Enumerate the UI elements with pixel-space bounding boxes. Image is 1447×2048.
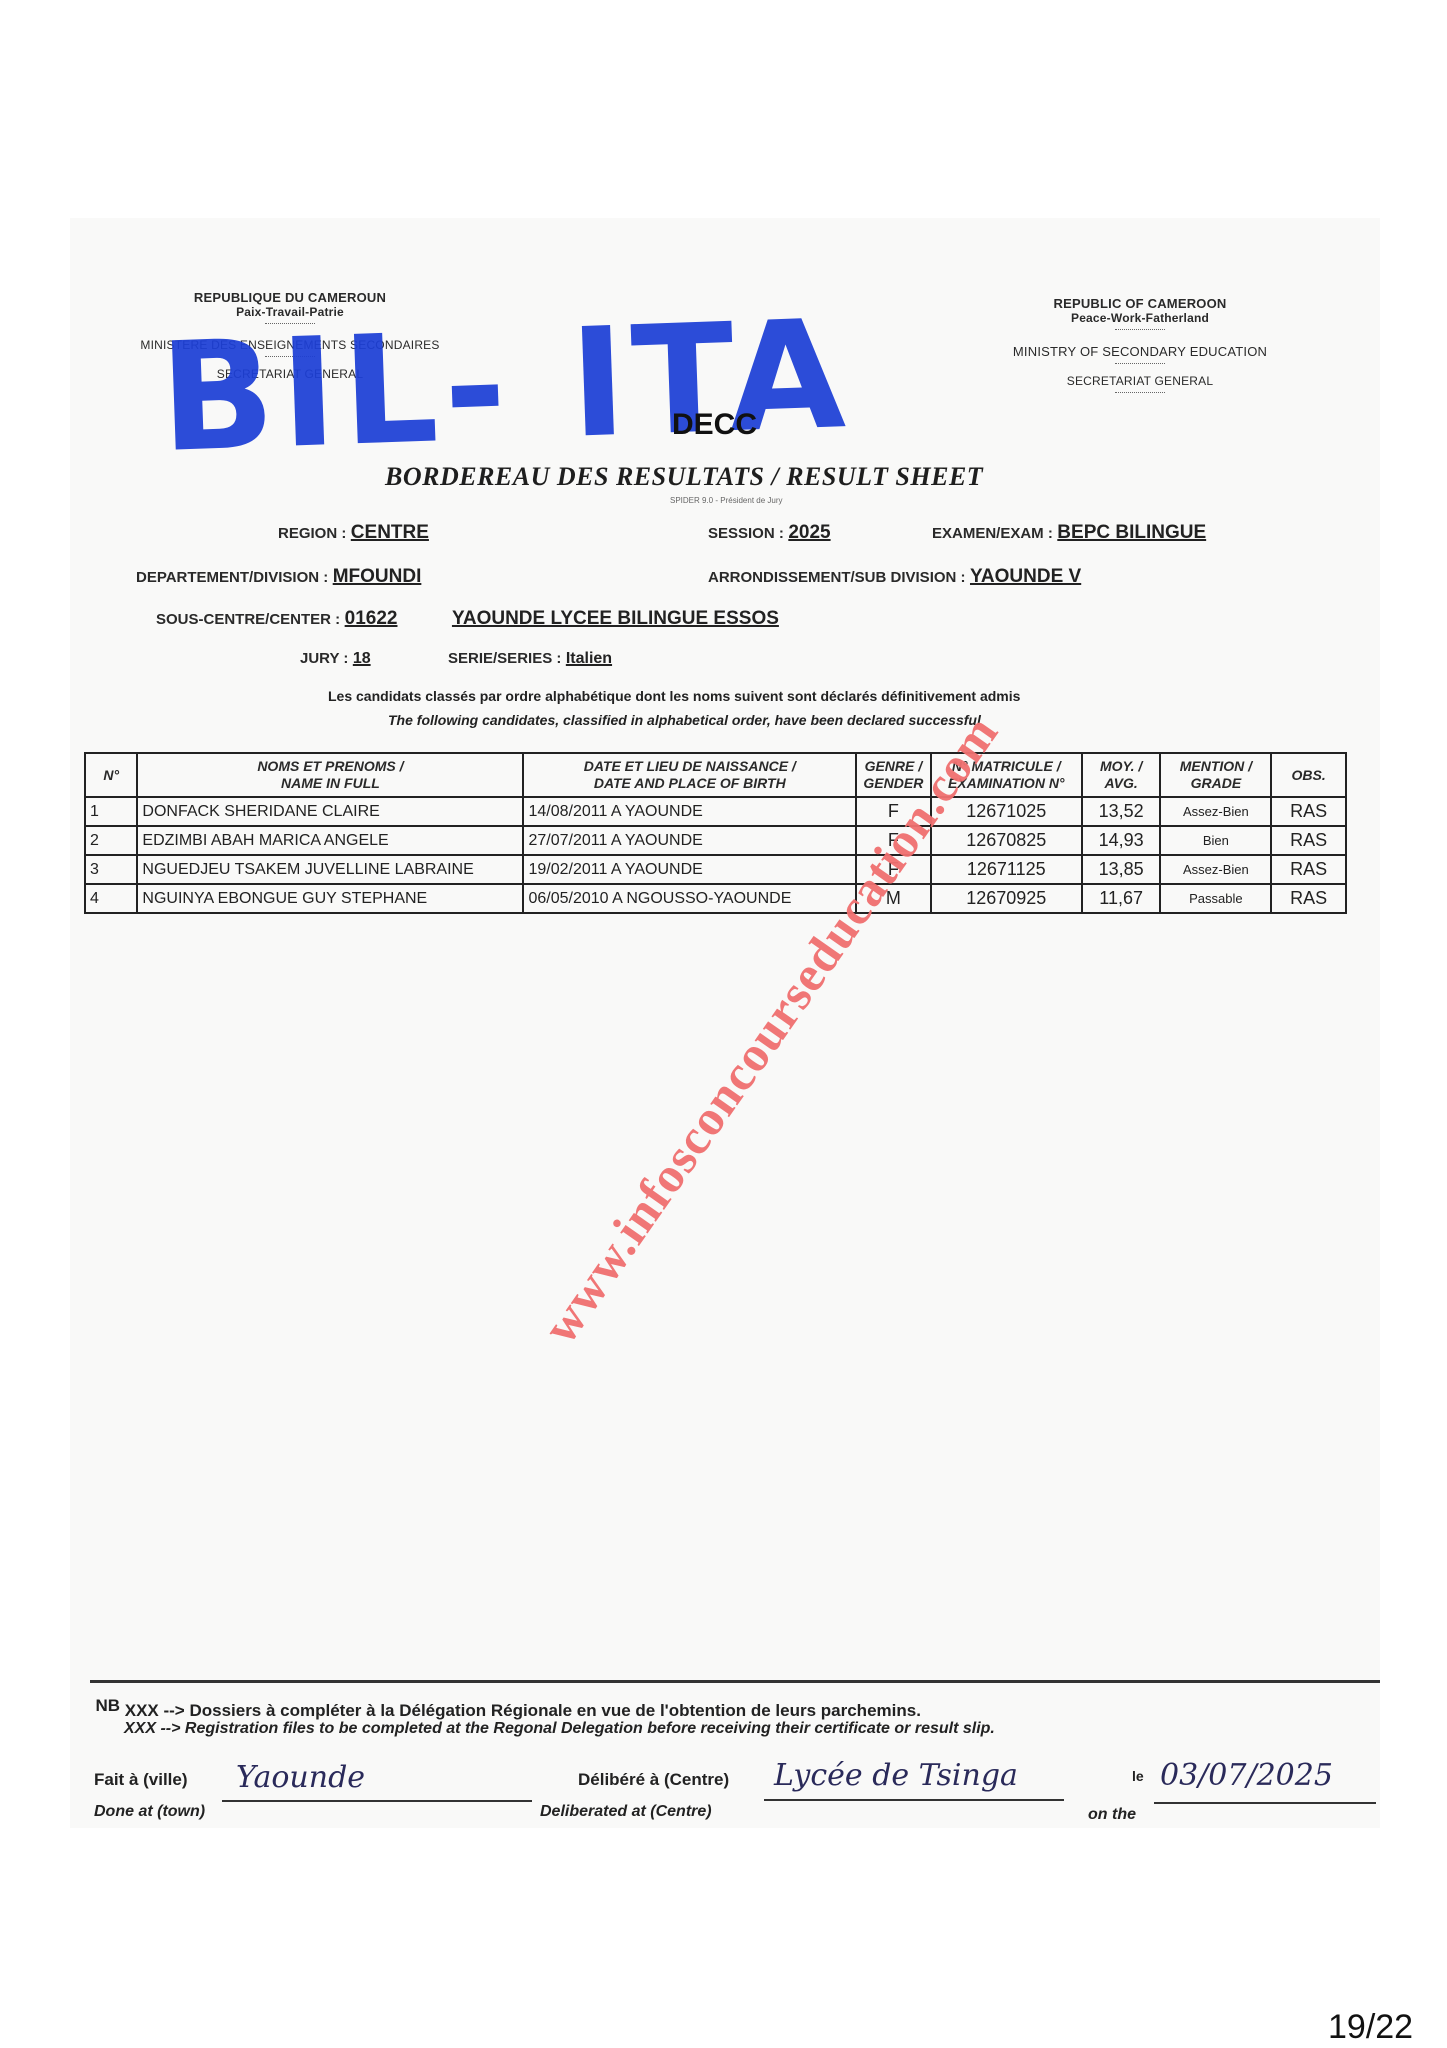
cell-avg: 13,85: [1082, 855, 1161, 884]
division-field: DEPARTEMENT/DIVISION : MFOUNDI: [136, 566, 421, 588]
done-at-label-en: Done at (town): [94, 1803, 214, 1821]
series-value: Italien: [566, 650, 612, 667]
divider: [1115, 392, 1165, 393]
cell-avg: 13,52: [1082, 797, 1161, 826]
cell-avg: 14,93: [1082, 826, 1161, 855]
cell-avg: 11,67: [1082, 884, 1161, 913]
results-table: N° NOMS ET PRENOMS /NAME IN FULL DATE ET…: [84, 752, 1347, 914]
col-grade: MENTION /GRADE: [1160, 753, 1271, 797]
col-name-fr: NOMS ET PRENOMS /: [257, 758, 403, 774]
cell-obs: RAS: [1271, 884, 1346, 913]
table-header-row: N° NOMS ET PRENOMS /NAME IN FULL DATE ET…: [85, 753, 1346, 797]
cell-birth: 06/05/2010 A NGOUSSO-YAOUNDE: [523, 884, 856, 913]
cell-grade: Bien: [1160, 826, 1271, 855]
done-at-value: Yaounde: [236, 1760, 365, 1795]
col-obs: OBS.: [1271, 753, 1346, 797]
jury-label: JURY :: [300, 650, 348, 667]
session-label: SESSION :: [708, 525, 784, 542]
cell-num: 1: [85, 797, 137, 826]
cell-grade: Assez-Bien: [1160, 797, 1271, 826]
cell-exam-no: 12670925: [931, 884, 1082, 913]
col-birth-en: DATE AND PLACE OF BIRTH: [594, 775, 786, 791]
country-en: REPUBLIC OF CAMEROON: [980, 296, 1300, 311]
cell-obs: RAS: [1271, 855, 1346, 884]
cell-exam-no: 12670825: [931, 826, 1082, 855]
col-name-en: NAME IN FULL: [281, 775, 380, 791]
cell-grade: Passable: [1160, 884, 1271, 913]
series-field: SERIE/SERIES : Italien: [448, 650, 612, 668]
country-fr: REPUBLIQUE DU CAMEROUN: [140, 290, 440, 305]
cell-name: NGUINYA EBONGUE GUY STEPHANE: [137, 884, 523, 913]
table-row: 2 EDZIMBI ABAH MARICA ANGELE 27/07/2011 …: [85, 826, 1346, 855]
table-row: 4 NGUINYA EBONGUE GUY STEPHANE 06/05/201…: [85, 884, 1346, 913]
divider: [1115, 363, 1165, 364]
cell-name: NGUEDJEU TSAKEM JUVELLINE LABRAINE: [137, 855, 523, 884]
cell-birth: 27/07/2011 A YAOUNDE: [523, 826, 856, 855]
region-value: CENTRE: [351, 522, 429, 543]
cell-birth: 14/08/2011 A YAOUNDE: [523, 797, 856, 826]
deliberated-value: Lycée de Tsinga: [774, 1758, 1018, 1793]
col-avg: MOY. /AVG.: [1082, 753, 1161, 797]
col-grade-fr: MENTION /: [1180, 758, 1252, 774]
date-label-en: on the: [1088, 1806, 1136, 1824]
handwritten-stamp: BIL- ITA: [157, 288, 853, 486]
done-at-label-fr: Fait à (ville): [94, 1770, 188, 1790]
col-num: N°: [85, 753, 137, 797]
exam-field: EXAMEN/EXAM : BEPC BILINGUE: [932, 522, 1206, 544]
cell-name: EDZIMBI ABAH MARICA ANGELE: [137, 826, 523, 855]
cell-grade: Assez-Bien: [1160, 855, 1271, 884]
subdivision-label: ARRONDISSEMENT/SUB DIVISION :: [708, 569, 966, 586]
secretariat-en: SECRETARIAT GENERAL: [980, 374, 1300, 388]
cell-num: 3: [85, 855, 137, 884]
col-num-label: N°: [103, 767, 119, 783]
date-label-fr: le: [1132, 1768, 1144, 1784]
subdivision-field: ARRONDISSEMENT/SUB DIVISION : YAOUNDE V: [708, 566, 1081, 588]
date-line: [1154, 1802, 1376, 1804]
col-avg-en: AVG.: [1105, 775, 1138, 791]
cell-obs: RAS: [1271, 826, 1346, 855]
motto-en: Peace-Work-Fatherland: [980, 311, 1300, 325]
center-field: SOUS-CENTRE/CENTER : 01622 YAOUNDE LYCEE…: [156, 608, 779, 630]
deliberated-line: [764, 1799, 1064, 1801]
col-name: NOMS ET PRENOMS /NAME IN FULL: [137, 753, 523, 797]
col-avg-fr: MOY. /: [1100, 758, 1142, 774]
date-value: 03/07/2025: [1160, 1758, 1333, 1793]
deliberated-label-en: Deliberated at (Centre): [540, 1803, 712, 1821]
center-label: SOUS-CENTRE/CENTER :: [156, 611, 340, 628]
subtitle: SPIDER 9.0 - Président de Jury: [670, 496, 783, 505]
note-fr-text: XXX --> Dossiers à compléter à la Déléga…: [125, 1701, 921, 1720]
footer-divider: [90, 1680, 1380, 1683]
divider: [1115, 329, 1165, 330]
notice-en: The following candidates, classified in …: [388, 712, 981, 728]
region-label: REGION :: [278, 525, 346, 542]
deliberated-label-fr: Délibéré à (Centre): [578, 1770, 729, 1790]
note-fr: NB : XXX --> Dossiers à compléter à la D…: [92, 1696, 921, 1721]
table-row: 3 NGUEDJEU TSAKEM JUVELLINE LABRAINE 19/…: [85, 855, 1346, 884]
office-code: DECC: [672, 408, 757, 442]
col-obs-label: OBS.: [1292, 767, 1326, 783]
legend-marker: NB :: [92, 1696, 120, 1716]
col-birth-fr: DATE ET LIEU DE NAISSANCE /: [584, 758, 796, 774]
division-value: MFOUNDI: [333, 566, 422, 587]
ministry-en: MINISTRY OF SECONDARY EDUCATION: [980, 344, 1300, 359]
cell-birth: 19/02/2011 A YAOUNDE: [523, 855, 856, 884]
done-at-line: [222, 1800, 532, 1802]
jury-field: JURY : 18: [300, 650, 371, 668]
cell-num: 2: [85, 826, 137, 855]
cell-num: 4: [85, 884, 137, 913]
page-number: 19/22: [1328, 2008, 1413, 2047]
col-birth: DATE ET LIEU DE NAISSANCE /DATE AND PLAC…: [523, 753, 856, 797]
jury-value: 18: [353, 650, 371, 667]
session-field: SESSION : 2025: [708, 522, 831, 544]
cell-name: DONFACK SHERIDANE CLAIRE: [137, 797, 523, 826]
center-code: 01622: [345, 608, 398, 629]
division-label: DEPARTEMENT/DIVISION :: [136, 569, 328, 586]
header-right: REPUBLIC OF CAMEROON Peace-Work-Fatherla…: [980, 296, 1300, 397]
center-name: YAOUNDE LYCEE BILINGUE ESSOS: [452, 608, 779, 629]
series-label: SERIE/SERIES :: [448, 650, 561, 667]
subdivision-value: YAOUNDE V: [970, 566, 1081, 587]
exam-value: BEPC BILINGUE: [1057, 522, 1206, 543]
page-title: BORDEREAU DES RESULTATS / RESULT SHEET: [385, 462, 983, 492]
session-value: 2025: [788, 522, 830, 543]
cell-obs: RAS: [1271, 797, 1346, 826]
table-row: 1 DONFACK SHERIDANE CLAIRE 14/08/2011 A …: [85, 797, 1346, 826]
col-grade-en: GRADE: [1191, 775, 1242, 791]
region-field: REGION : CENTRE: [278, 522, 429, 544]
cell-exam-no: 12671125: [931, 855, 1082, 884]
exam-label: EXAMEN/EXAM :: [932, 525, 1053, 542]
notice-fr: Les candidats classés par ordre alphabét…: [328, 688, 1020, 704]
note-en: XXX --> Registration files to be complet…: [124, 1720, 995, 1738]
